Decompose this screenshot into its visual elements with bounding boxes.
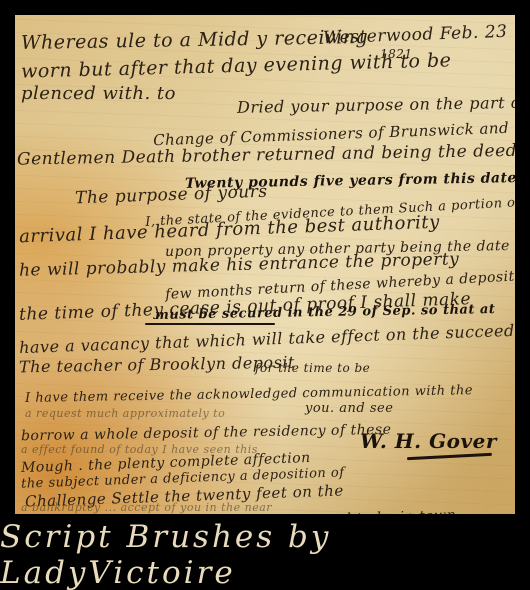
signature: W. H. Gover	[360, 429, 497, 453]
artwork-frame: Westerwood Feb. 23 1821 Whereas ule to a…	[0, 0, 530, 590]
script-line: borrow a whole deposit of the residency …	[21, 422, 392, 444]
script-line: The teacher of Brooklyn deposit	[19, 353, 295, 377]
signature-underline	[407, 453, 492, 460]
parchment-paper: Westerwood Feb. 23 1821 Whereas ule to a…	[15, 15, 515, 514]
artwork-caption: Script Brushes by LadyVictoire	[0, 520, 530, 590]
script-line: worn but after that day evening with to …	[21, 49, 452, 82]
underline-stroke	[145, 323, 275, 325]
script-line: I have them receive the acknowledged com…	[25, 383, 473, 406]
script-line: The purpose of yours	[75, 182, 268, 209]
script-line: Dried your purpose on the part of the	[237, 92, 515, 117]
script-line: a request much approximately to	[25, 407, 225, 420]
script-line: plenced with. to	[21, 83, 176, 104]
script-line: have a vacancy that which will take effe…	[19, 320, 515, 357]
script-line: for the time to be	[255, 361, 370, 375]
script-line: Gentlemen Death brother returned and bei…	[17, 140, 515, 169]
script-line: Whereas ule to a Midd y receiving	[21, 26, 369, 54]
script-line: you. and see	[305, 401, 393, 416]
script-line: a bankruptcy ... accept of you in the ne…	[21, 501, 272, 514]
